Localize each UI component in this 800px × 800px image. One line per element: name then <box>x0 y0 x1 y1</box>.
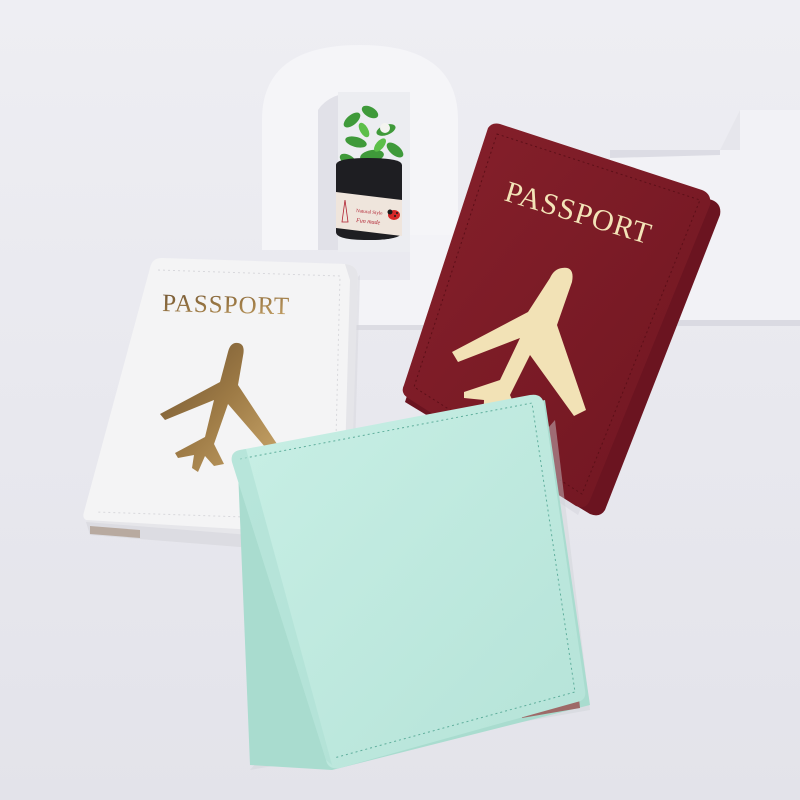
white-passport-title: PASSPORT <box>162 290 291 320</box>
scene-illustration: Natural Style Fun made <box>0 0 800 800</box>
passport-mint <box>232 395 590 770</box>
product-photo-scene: Natural Style Fun made <box>0 0 800 800</box>
